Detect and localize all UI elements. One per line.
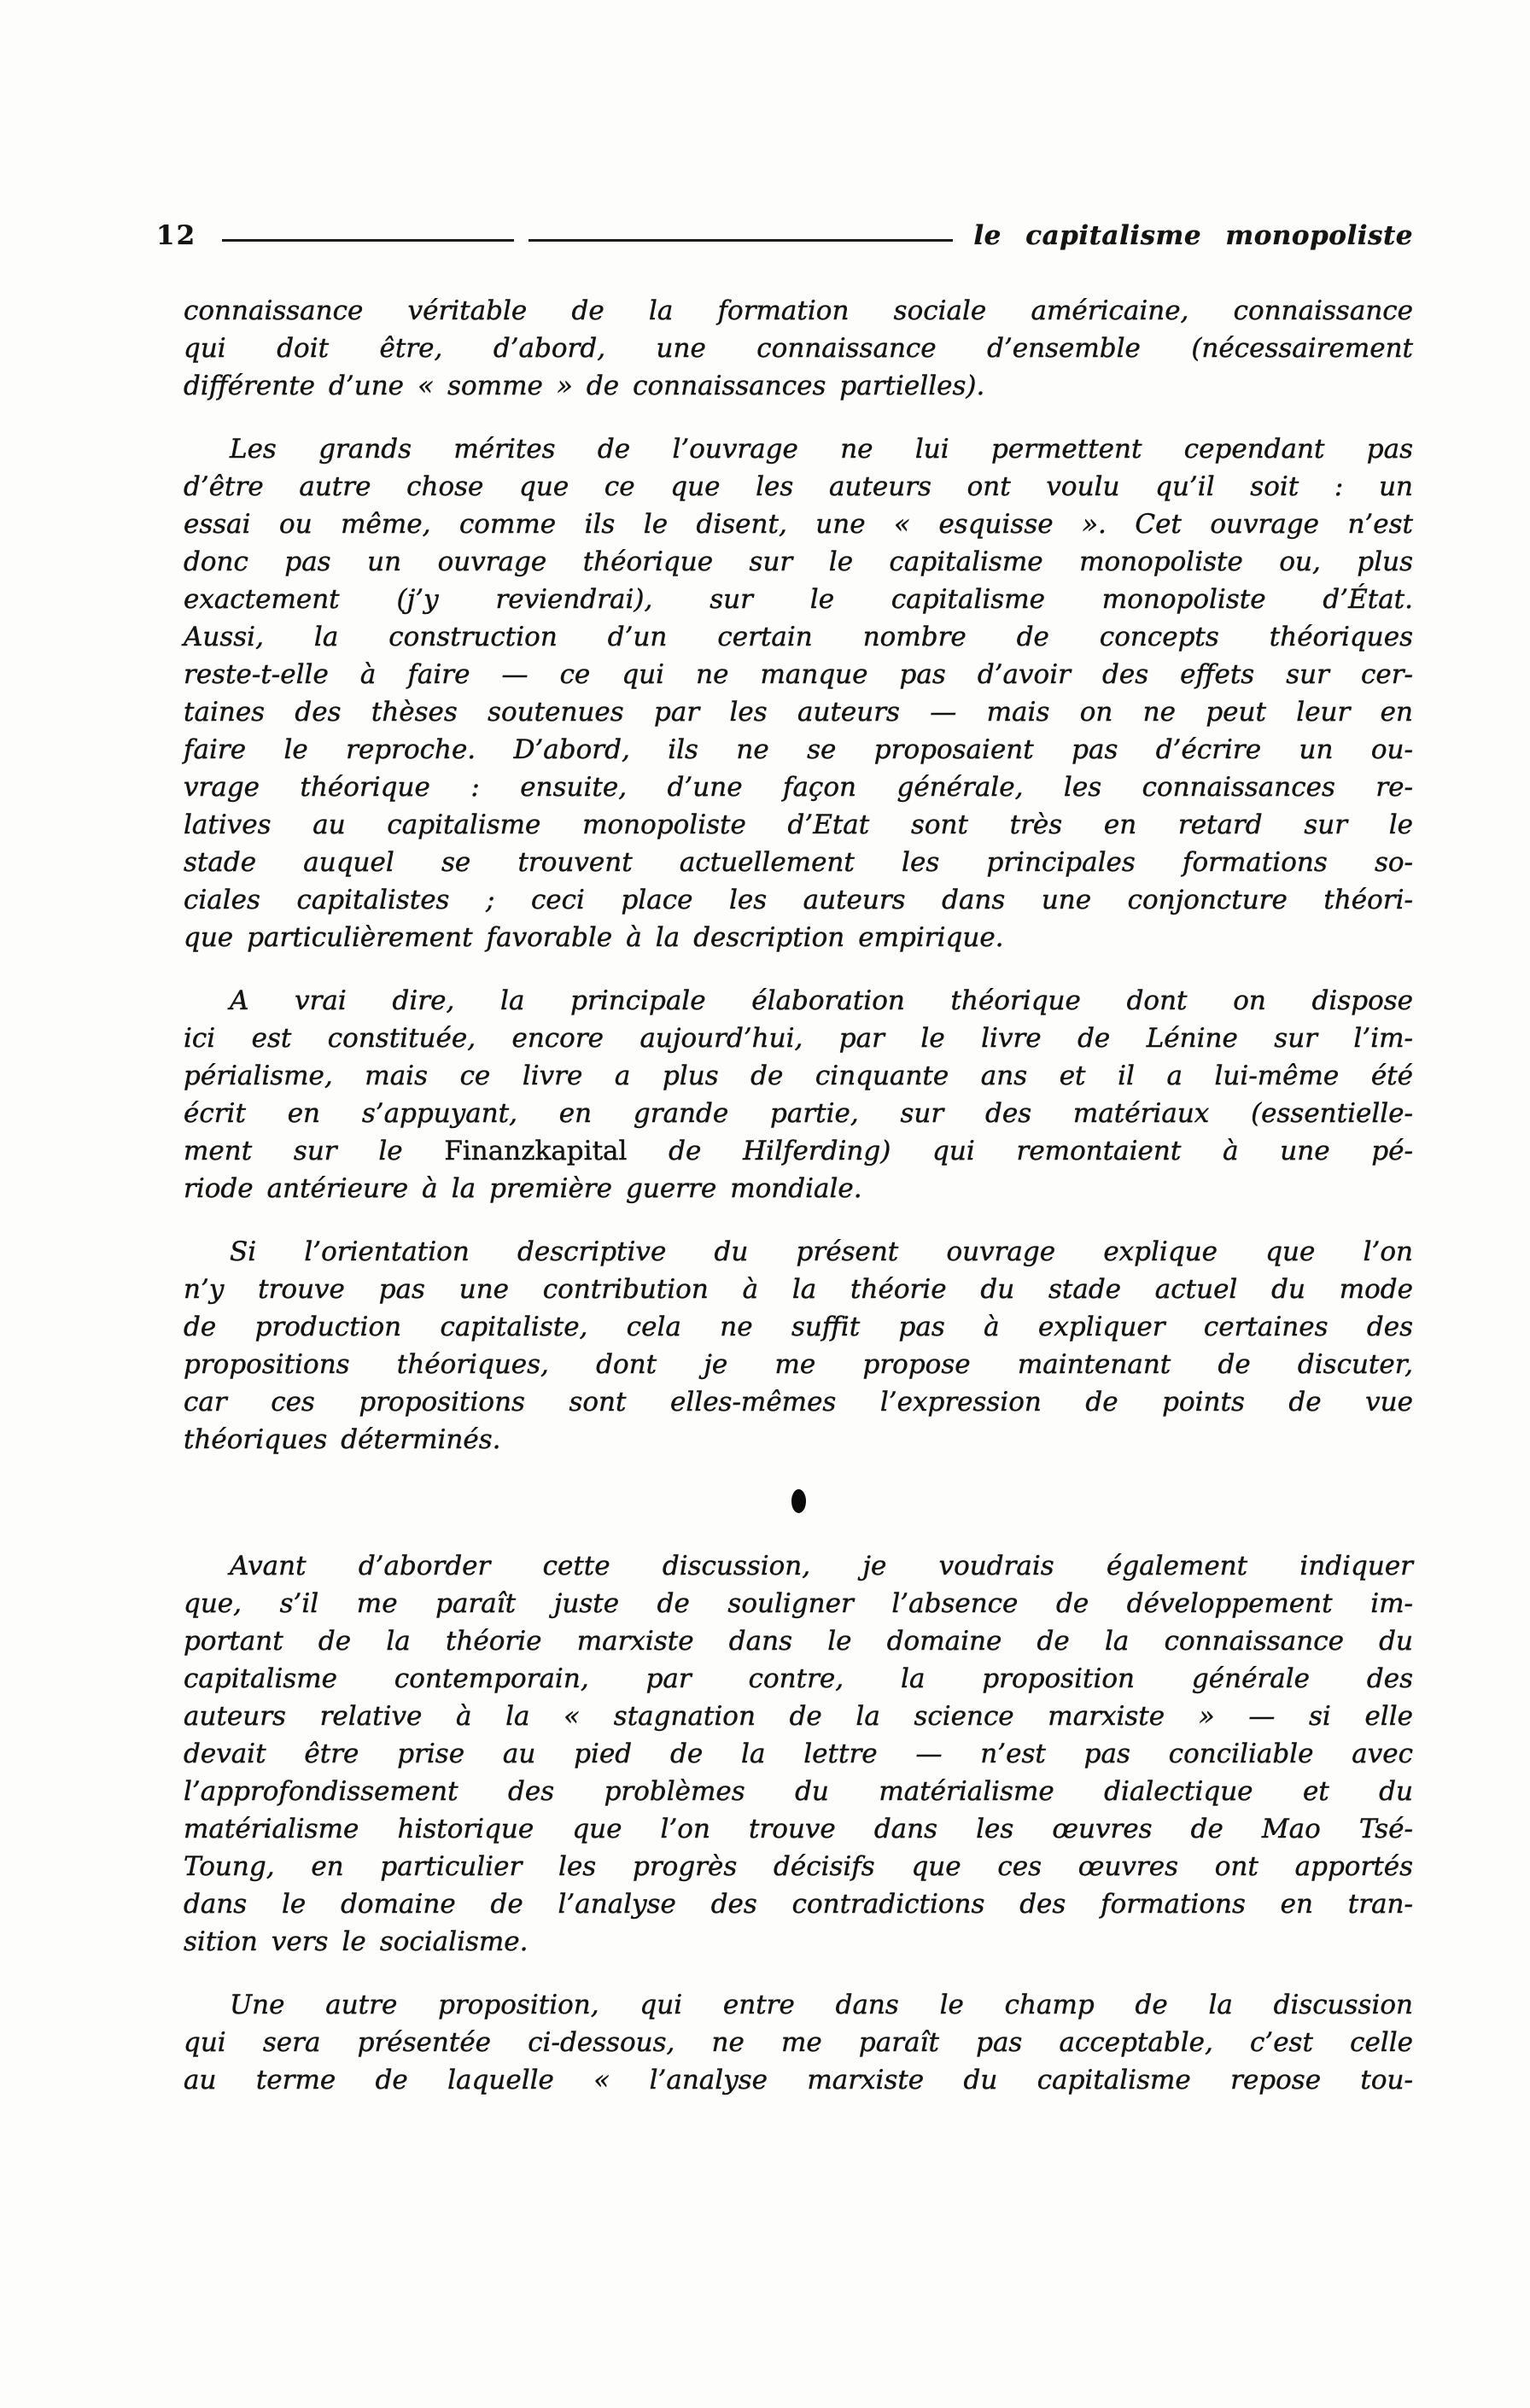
text-line: écrit en s’appuyant, en grande partie, s…: [184, 1095, 1413, 1132]
page-header: 12 le capitalisme monopoliste: [156, 220, 1413, 251]
text-line: Une autre proposition, qui entre dans le…: [184, 1986, 1413, 2024]
text-line: Si l’orientation descriptive du présent …: [184, 1233, 1413, 1271]
text-line: Les grands mérites de l’ouvrage ne lui p…: [184, 430, 1413, 468]
text-line: dans le domaine de l’analyse des contrad…: [184, 1885, 1413, 1923]
text-line: ici est constituée, encore aujourd’hui, …: [184, 1020, 1413, 1057]
text-line: exactement (j’y reviendrai), sur le capi…: [184, 581, 1413, 618]
text-line: propositions théoriques, dont je me prop…: [184, 1346, 1413, 1383]
text-line: stade auquel se trouvent actuellement le…: [184, 844, 1413, 881]
text-line: Avant d’aborder cette discussion, je vou…: [184, 1547, 1413, 1585]
bullet-icon: [791, 1489, 806, 1513]
text-line: d’être autre chose que ce que les auteur…: [184, 468, 1413, 506]
text-line: sition vers le socialisme.: [184, 1923, 1413, 1961]
text-line: qui sera présentée ci-dessous, ne me par…: [184, 2024, 1413, 2061]
paragraph: Une autre proposition, qui entre dans le…: [184, 1986, 1413, 2099]
text-line: taines des thèses soutenues par les aute…: [184, 693, 1413, 731]
text-line: connaissance véritable de la formation s…: [184, 292, 1413, 330]
page-text: connaissance véritable de la formation s…: [184, 292, 1413, 2099]
text-line: Toung, en particulier les progrès décisi…: [184, 1848, 1413, 1885]
paragraph: A vrai dire, la principale élaboration t…: [184, 982, 1413, 1207]
paragraph: Avant d’aborder cette discussion, je vou…: [184, 1547, 1413, 1961]
header-rule-right: [528, 239, 954, 242]
text-line: différente d’une « somme » de connaissan…: [184, 367, 1413, 405]
text-line: qui doit être, d’abord, une connaissance…: [184, 330, 1413, 367]
text-line: que particulièrement favorable à la desc…: [184, 919, 1413, 956]
text-line: matérialisme historique que l’on trouve …: [184, 1810, 1413, 1848]
text-line: ment sur le Finanzkapital de Hilferding)…: [184, 1132, 1413, 1170]
upright-term: Finanzkapital: [444, 1136, 627, 1166]
text-line: ciales capitalistes ; ceci place les aut…: [184, 881, 1413, 919]
text-line: devait être prise au pied de la lettre —…: [184, 1735, 1413, 1773]
text-line: faire le reproche. D’abord, ils ne se pr…: [184, 731, 1413, 769]
running-title: le capitalisme monopoliste: [973, 220, 1413, 251]
section-divider: [184, 1489, 1413, 1513]
text-line: A vrai dire, la principale élaboration t…: [184, 982, 1413, 1020]
text-line: Aussi, la construction d’un certain nomb…: [184, 618, 1413, 656]
book-page: 12 le capitalisme monopoliste connaissan…: [0, 0, 1530, 2408]
text-line: riode antérieure à la première guerre mo…: [184, 1170, 1413, 1207]
text-line: latives au capitalisme monopoliste d’Eta…: [184, 806, 1413, 844]
paragraph: Si l’orientation descriptive du présent …: [184, 1233, 1413, 1458]
text-line: portant de la théorie marxiste dans le d…: [184, 1622, 1413, 1660]
text-line: théoriques déterminés.: [184, 1421, 1413, 1458]
text-line: vrage théorique : ensuite, d’une façon g…: [184, 769, 1413, 806]
text-line: périalisme, mais ce livre a plus de cinq…: [184, 1057, 1413, 1095]
paragraph: Les grands mérites de l’ouvrage ne lui p…: [184, 430, 1413, 956]
page-number: 12: [156, 220, 196, 251]
text-line: que, s’il me paraît juste de souligner l…: [184, 1585, 1413, 1622]
text-line: de production capitaliste, cela ne suffi…: [184, 1308, 1413, 1346]
text-line: n’y trouve pas une contribution à la thé…: [184, 1271, 1413, 1308]
text-line: capitalisme contemporain, par contre, la…: [184, 1660, 1413, 1698]
text-line: auteurs relative à la « stagnation de la…: [184, 1698, 1413, 1735]
text-line: reste-t-elle à faire — ce qui ne manque …: [184, 656, 1413, 693]
paragraph: connaissance véritable de la formation s…: [184, 292, 1413, 405]
text-line: donc pas un ouvrage théorique sur le cap…: [184, 543, 1413, 581]
header-rule-left: [222, 239, 514, 242]
text-line: l’approfondissement des problèmes du mat…: [184, 1773, 1413, 1810]
text-line: essai ou même, comme ils le disent, une …: [184, 506, 1413, 543]
text-line: au terme de laquelle « l’analyse marxist…: [184, 2061, 1413, 2099]
text-line: car ces propositions sont elles-mêmes l’…: [184, 1383, 1413, 1421]
